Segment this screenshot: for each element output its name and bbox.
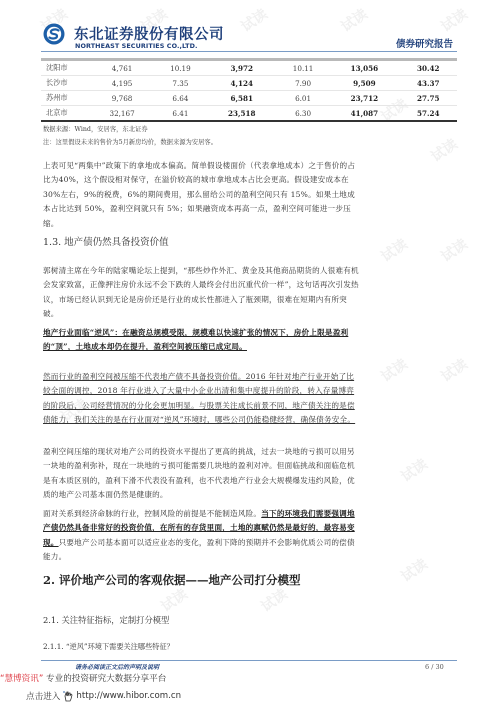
pointer-hand-icon (62, 690, 74, 702)
footer-divider (41, 660, 457, 661)
land-cost-table: 沈阳市 4,761 10.19 3,972 10.11 13,056 30.42… (41, 61, 457, 122)
company-name-cn: 东北证券股份有限公司 (74, 23, 224, 44)
report-header: 东北证券股份有限公司 NORTHEAST SECURITIES CO.,LTD.… (40, 19, 457, 55)
table-row: 沈阳市 4,761 10.19 3,972 10.11 13,056 30.42 (41, 61, 457, 76)
section-heading-1-3: 1.3. 地产债仍然具备投资价值 (43, 234, 169, 248)
page-number: 6 / 30 (425, 663, 444, 671)
table-source: 数据来源：Wind，安居客，东北证券 (43, 124, 148, 133)
hibor-slogan: 专业的投资研究大数据分享平台 (43, 674, 166, 684)
city-cell: 长沙市 (41, 76, 90, 91)
city-cell: 北京市 (41, 106, 90, 122)
paragraph-investment-value: 然而行业的盈利空间被压缩不代表地产债不具备投资价值。2016 年针对地产行业开始… (43, 370, 359, 428)
headwind-bold-text: 地产行业面临“逆风”：在融资总规模受限，规模难以快速扩张的情况下，房价上限是盈利… (43, 328, 348, 351)
header-divider (41, 51, 457, 52)
hibor-brand: 慧博资讯 (4, 674, 38, 684)
document-page: 试读 试读 试读 试读 试读 试读 试读 试读 试读 试读 试读 试读 试读 试… (0, 0, 499, 706)
table-row: 长沙市 4,195 7.35 4,124 7.90 9,509 43.37 (41, 76, 457, 91)
hibor-banner: “慧博资讯” 专业的投资研究大数据分享平台 (0, 672, 166, 684)
report-type-label: 债券研究报告 (396, 36, 453, 50)
hibor-click-label: 点击进入 (26, 690, 60, 702)
table-row: 北京市 32,167 6.41 23,518 6.30 41,087 57.24 (41, 106, 457, 122)
investment-value-underlined-text: 然而行业的盈利空间被压缩不代表地产债不具备投资价值。2016 年针对地产行业开始… (43, 372, 355, 424)
paragraph-headwind-highlight: 地产行业面临“逆风”：在融资总规模受限，规模难以快速扩张的情况下，房价上限是盈利… (43, 326, 359, 355)
city-cell: 沈阳市 (41, 61, 90, 76)
table-row: 苏州市 9,768 6.64 6,581 6.01 23,712 27.75 (41, 91, 457, 106)
section-heading-2-1: 2.1. 关注特征指标，定制打分模型 (43, 614, 169, 626)
section-heading-2: 2. 评价地产公司的客观依据——地产公司打分模型 (43, 572, 301, 588)
city-cell: 苏州市 (41, 91, 90, 106)
paragraph-land-cost: 上表可见“两集中”政策下的拿地成本偏高。简单假设楼面价（代表拿地成本）之于售价的… (43, 159, 359, 231)
company-name-en: NORTHEAST SECURITIES CO.,LTD. (75, 42, 198, 50)
hibor-link[interactable]: 点击进入 http://www.hibor.com.cn (26, 690, 181, 702)
paragraph-profit-compression: 盈利空间压缩的现状对地产公司的投资水平提出了更高的挑战，过去一块地的亏损可以用另… (43, 445, 359, 503)
table-note: 注：这里假设未来的售价为5月新房均价，数据来源为安居客。 (43, 137, 217, 146)
section-heading-2-1-1: 2.1.1. “逆风”环境下需要关注哪些特征？ (43, 642, 174, 652)
paragraph-guo-quote: 郭树清主席在今年的陆家嘴论坛上提到，“那些炒作外汇、黄金及其他商品期货的人很难有… (43, 264, 359, 322)
footer-disclaimer: 请务必阅读正文后的声明及说明 (75, 662, 159, 671)
hibor-url[interactable]: http://www.hibor.com.cn (76, 691, 181, 701)
company-logo-icon (43, 23, 65, 45)
paragraph-risk-control: 面对关系到经济命脉的行业，控制风险的前提是不能制造风险。当下的环境我们需要强调地… (43, 507, 359, 565)
